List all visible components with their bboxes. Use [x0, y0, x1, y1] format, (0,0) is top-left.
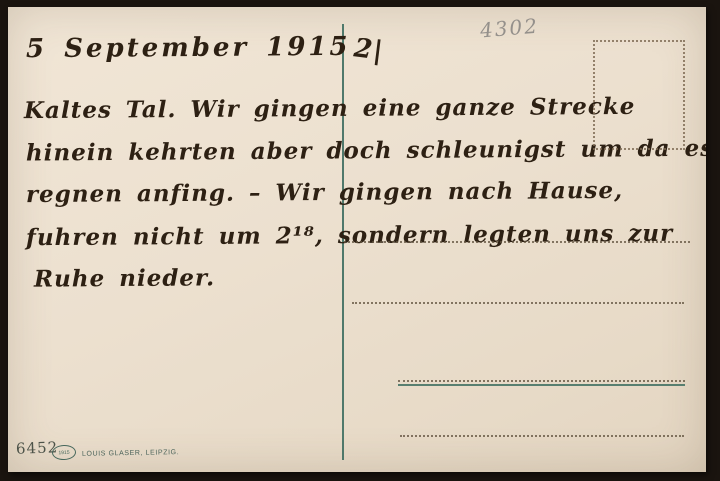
handwriting-line: regnen anfing. – Wir gingen nach Hause, — [26, 177, 623, 208]
address-line-2 — [352, 302, 684, 304]
handwritten-number-mark: 2| — [352, 33, 385, 66]
address-divider-rule — [398, 384, 685, 386]
handwriting-line: fuhren nicht um 2¹⁸, sondern legten uns … — [26, 220, 673, 252]
address-line-3 — [398, 380, 685, 382]
pencil-catalog-number: 4302 — [479, 13, 540, 42]
stamp-box — [593, 40, 685, 150]
address-line-4 — [400, 435, 684, 437]
postcard-scan: 5 September 1915 2| Kaltes Tal. Wir ging… — [0, 0, 720, 481]
handwriting-line: Ruhe nieder. — [34, 264, 215, 292]
postcard-back: 5 September 1915 2| Kaltes Tal. Wir ging… — [8, 7, 706, 472]
handwritten-date: 5 September 1915 — [26, 32, 351, 64]
publisher-logo-icon: 1915 — [52, 445, 77, 461]
address-line-1 — [344, 241, 690, 243]
publisher-imprint: LOUIS GLASER, LEIPZIG. — [82, 449, 179, 458]
handwriting-line: Kaltes Tal. Wir gingen eine ganze Streck… — [24, 93, 636, 124]
